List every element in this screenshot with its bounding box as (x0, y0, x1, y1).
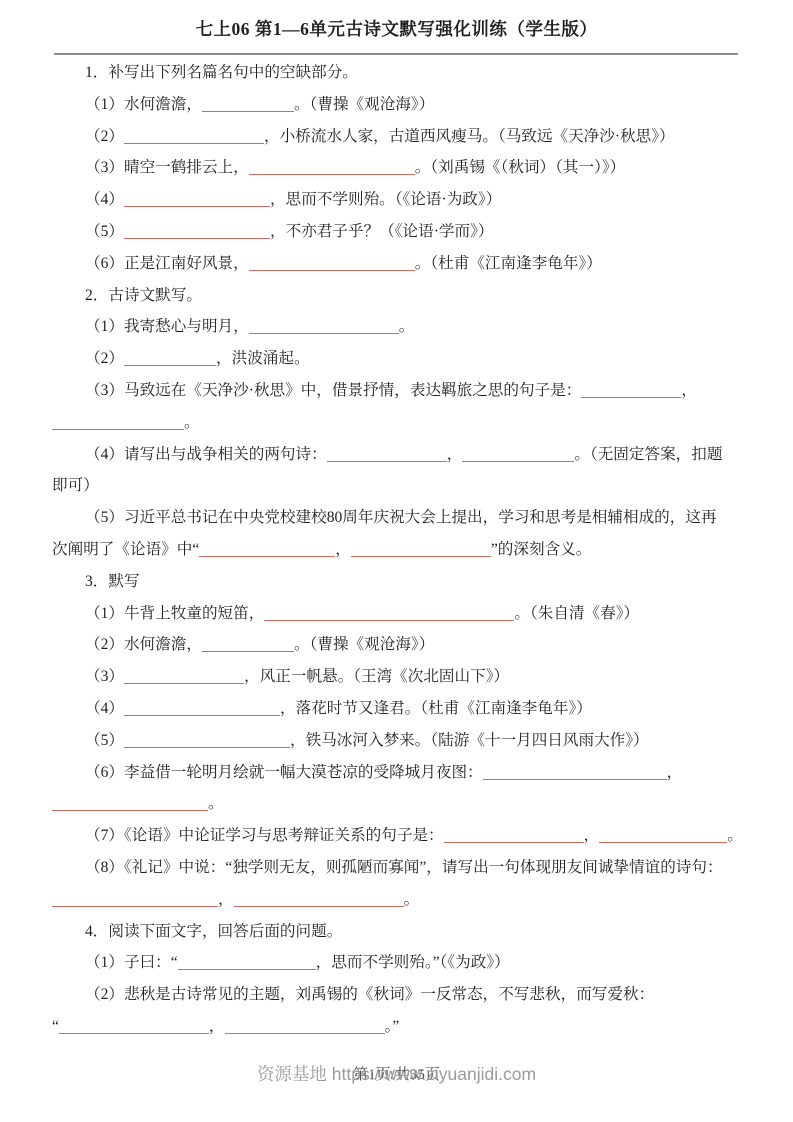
document-line: （2）水何澹澹，。（曹操《观沧海》） (52, 629, 740, 661)
line-text: ， (218, 891, 234, 908)
document-line: 。 (52, 407, 740, 439)
line-text: ”的深刻含义。 (491, 541, 591, 558)
answer-blank (124, 700, 280, 716)
document-line: （3）马致远在《天净沙·秋思》中，借景抒情，表达羁旅之思的句子是：， (52, 375, 740, 407)
answer-blank (327, 446, 447, 462)
answer-blank (202, 636, 294, 652)
document-line: （3）晴空一鹤排云上，。（刘禹锡《（秋词）（其一）》） (52, 152, 740, 184)
answer-blank (581, 382, 681, 398)
line-text: （8）《礼记》中说：“独学则无友，则孤陋而寡闻”，请写出一句体现朋友间诚挚情谊的… (85, 859, 723, 876)
line-text: ， (584, 827, 600, 844)
answer-blank (124, 128, 264, 144)
line-text: （6）正是江南好风景， (85, 255, 249, 272)
line-text: “ (52, 1018, 59, 1035)
document-line: （6）正是江南好风景，。（杜甫《江南逢李龟年》） (52, 248, 740, 280)
line-text: ， (335, 541, 351, 558)
line-text: （1）水何澹澹， (85, 96, 202, 113)
document-line: （1）子曰：“，思而不学则殆。”（《为政》） (52, 947, 740, 979)
line-text: 。 (399, 318, 415, 335)
document-line: （5），铁马冰河入梦来。（陆游《十一月四日风雨大作》） (52, 725, 740, 757)
document-line: （4）请写出与战争相关的两句诗：，。（无固定答案，扣题 (52, 439, 740, 471)
line-text: （3）马致远在《天净沙·秋思》中，借景抒情，表达羁旅之思的句子是： (85, 382, 581, 399)
answer-blank (124, 350, 216, 366)
line-text: ，不亦君子乎？（《论语·学而》） (270, 223, 494, 240)
line-text: 。（无固定答案，扣题 (574, 446, 722, 463)
line-text: 。（刘禹锡《（秋词）（其一）》） (415, 159, 626, 176)
document-line: （2），小桥流水人家，古道西风瘦马。（马致远《天净沙·秋思》） (52, 121, 740, 153)
document-line: “，。” (52, 1011, 740, 1043)
answer-blank (264, 605, 514, 621)
line-text: 1．补写出下列名篇名句中的空缺部分。 (85, 64, 358, 81)
document-line: （3），风正一帆悬。（王湾《次北固山下》） (52, 661, 740, 693)
answer-blank (483, 764, 667, 780)
line-text: （6）李益借一轮明月绘就一幅大漠苍凉的受降城月夜图： (85, 764, 483, 781)
answer-blank (178, 954, 316, 970)
line-text: ， (209, 1018, 225, 1035)
line-text: 。 (404, 891, 420, 908)
answer-blank (52, 891, 218, 907)
document-line: 。 (52, 788, 740, 820)
answer-blank (124, 223, 270, 239)
line-text: 3．默写 (85, 573, 140, 590)
line-text: （5） (85, 223, 124, 240)
line-text: （2）水何澹澹， (85, 636, 202, 653)
line-text: （1）我寄愁心与明月， (85, 318, 249, 335)
document-line: 4．阅读下面文字，回答后面的问题。 (52, 916, 740, 948)
line-text: 。 (184, 414, 200, 431)
answer-blank (351, 541, 491, 557)
answer-blank (124, 732, 290, 748)
line-text: 。（曹操《观沧海》） (294, 96, 434, 113)
line-text: ， (681, 382, 697, 399)
line-text: （5）习近平总书记在中央党校建校80周年庆祝大会上提出，学习和思考是相辅相成的，… (85, 509, 717, 526)
line-text: 。 (727, 827, 743, 844)
document-line: 1．补写出下列名篇名句中的空缺部分。 (52, 57, 740, 89)
answer-blank (199, 541, 335, 557)
line-text: 次阐明了《论语》中“ (52, 541, 199, 558)
document-line: （5），不亦君子乎？（《论语·学而》） (52, 216, 740, 248)
title-divider (54, 53, 738, 55)
line-text: （2）悲秋是古诗常见的主题，刘禹锡的《秋词》一反常态，不写悲秋，而写爱秋： (85, 986, 654, 1003)
document-line: （1）牛背上牧童的短笛，。（朱自清《春》） (52, 598, 740, 630)
document-line: （6）李益借一轮明月绘就一幅大漠苍凉的受降城月夜图：， (52, 757, 740, 789)
answer-blank (52, 414, 184, 430)
document-line: （4），落花时节又逢君。（杜甫《江南逢李龟年》） (52, 693, 740, 725)
answer-blank (124, 191, 270, 207)
line-text: ， (447, 446, 463, 463)
document-line: （2）悲秋是古诗常见的主题，刘禹锡的《秋词》一反常态，不写悲秋，而写爱秋： (52, 979, 740, 1011)
line-text: （2） (85, 350, 124, 367)
page-footer: 第1页/共35页 资源基地 https://www.ziyuanjidi.com (0, 1059, 793, 1087)
document-line: ，。 (52, 884, 740, 916)
answer-blank (444, 827, 584, 843)
line-text: ，落花时节又逢君。（杜甫《江南逢李龟年》） (280, 700, 592, 717)
line-text: 4．阅读下面文字，回答后面的问题。 (85, 923, 342, 940)
document-line: （7）《论语》中论证学习与思考辩证关系的句子是：，。 (52, 820, 740, 852)
line-text: 2．古诗文默写。 (85, 287, 202, 304)
line-text: 即可） (52, 477, 99, 494)
answer-blank (462, 446, 574, 462)
line-text: 。（朱自清《春》） (514, 605, 639, 622)
answer-blank (52, 795, 208, 811)
line-text: （4） (85, 700, 124, 717)
line-text: 。” (385, 1018, 400, 1035)
document-line: （4），思而不学则殆。（《论语·为政》） (52, 184, 740, 216)
line-text: ，铁马冰河入梦来。（陆游《十一月四日风雨大作》） (290, 732, 649, 749)
answer-blank (599, 827, 727, 843)
answer-blank (59, 1018, 209, 1034)
answer-blank (124, 668, 244, 684)
line-text: 。 (208, 795, 224, 812)
answer-blank (234, 891, 404, 907)
line-text: （5） (85, 732, 124, 749)
line-text: ，小桥流水人家，古道西风瘦马。（马致远《天净沙·秋思》） (264, 128, 675, 145)
document-line: 即可） (52, 470, 740, 502)
line-text: （1）牛背上牧童的短笛， (85, 605, 264, 622)
answer-blank (249, 255, 415, 271)
line-text: （7）《论语》中论证学习与思考辩证关系的句子是： (85, 827, 444, 844)
document-line: （2），洪波涌起。 (52, 343, 740, 375)
answer-blank (225, 1018, 385, 1034)
line-text: （3）晴空一鹤排云上， (85, 159, 249, 176)
document-line: （1）水何澹澹，。（曹操《观沧海》） (52, 89, 740, 121)
line-text: ，思而不学则殆。（《论语·为政》） (270, 191, 501, 208)
line-text: 。（曹操《观沧海》） (294, 636, 434, 653)
line-text: （2） (85, 128, 124, 145)
watermark-url: 资源基地 https://www.ziyuanjidi.com (0, 1061, 793, 1086)
answer-blank (249, 318, 399, 334)
answer-blank (249, 159, 415, 175)
document-line: 3．默写 (52, 566, 740, 598)
answer-blank (202, 96, 294, 112)
document-line: 次阐明了《论语》中“，”的深刻含义。 (52, 534, 740, 566)
line-text: （1）子曰：“ (85, 954, 178, 971)
line-text: ， (667, 764, 683, 781)
line-text: ，风正一帆悬。（王湾《次北固山下》） (244, 668, 509, 685)
line-text: （3） (85, 668, 124, 685)
document-line: （5）习近平总书记在中央党校建校80周年庆祝大会上提出，学习和思考是相辅相成的，… (52, 502, 740, 534)
document-body: 1．补写出下列名篇名句中的空缺部分。（1）水何澹澹，。（曹操《观沧海》）（2），… (52, 57, 740, 1043)
document-line: （8）《礼记》中说：“独学则无友，则孤陋而寡闻”，请写出一句体现朋友间诚挚情谊的… (52, 852, 740, 884)
document-page: 七上06 第1—6单元古诗文默写强化训练（学生版） 1．补写出下列名篇名句中的空… (0, 0, 793, 1122)
document-line: 2．古诗文默写。 (52, 280, 740, 312)
line-text: ，思而不学则殆。”（《为政》） (316, 954, 510, 971)
line-text: ，洪波涌起。 (216, 350, 310, 367)
line-text: （4） (85, 191, 124, 208)
line-text: 。（杜甫《江南逢李龟年》） (415, 255, 602, 272)
document-title: 七上06 第1—6单元古诗文默写强化训练（学生版） (0, 16, 793, 41)
line-text: （4）请写出与战争相关的两句诗： (85, 446, 327, 463)
document-line: （1）我寄愁心与明月，。 (52, 311, 740, 343)
